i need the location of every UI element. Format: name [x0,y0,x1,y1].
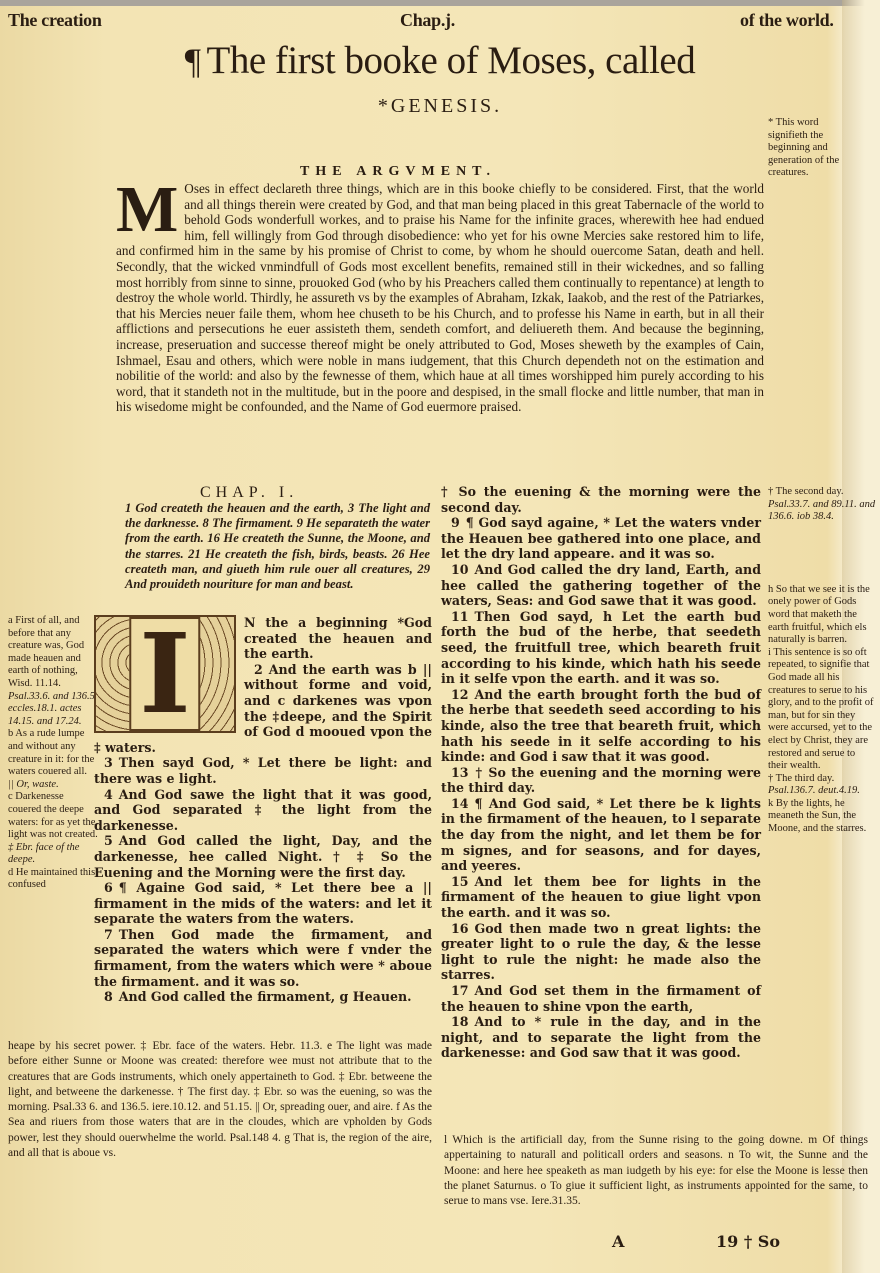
margin-note: a First of all, and before that any crea… [8,615,98,691]
verse: 11Then God sayd, h Let the earth bud for… [441,609,761,687]
verse: 15And let them bee for lights in the fir… [441,874,761,921]
verse-number: 14 [451,796,469,811]
verse: 4And God sawe the light that it was good… [94,787,432,834]
scan-top-border [0,0,880,6]
margin-note: ‡ Ebr. face of the deepe. [8,842,98,867]
running-head-left: The creation [8,10,102,31]
margin-note: Psal.33.7. and 89.11. and 136.6. iob 38.… [768,499,876,524]
chapter-heading: CHAP. I. [200,484,298,502]
verse: 8And God called the firmament, g Heauen. [94,989,432,1005]
margin-note: h So that we see it is the onely power o… [768,584,876,647]
verse-number: 18 [451,1014,469,1029]
margin-note: Psal.33.6. and 136.5. eccles.18.1. actes… [8,691,98,729]
verse: † So the euening & the morning were the … [441,484,761,515]
verse-text: Then God sayd, h Let the earth bud forth… [441,609,761,686]
margin-note: † The second day. [768,486,876,499]
footnotes-left: heape by his secret power. ‡ Ebr. face o… [8,1039,432,1161]
margin-note: i This sentence is so oft repeated, to s… [768,647,876,773]
decorated-initial: I [94,615,236,733]
verse-text: ¶ And God said, * Let there be k lights … [441,796,761,873]
verse-number: 10 [451,562,469,577]
chapter-summary: 1 God createth the heauen and the earth,… [125,501,430,592]
verse: 16God then made two n great lights: the … [441,921,761,983]
signature-mark: A [612,1232,624,1251]
running-head-center: Chap.j. [400,10,455,31]
verse: 5And God called the light, Day, and the … [94,833,432,880]
left-margin-notes: a First of all, and before that any crea… [8,615,98,892]
verse: 12And the earth brought forth the bud of… [441,687,761,765]
verse-number: 8 [104,989,113,1004]
left-text-column: I N the a beginning *God created the hea… [94,615,432,1005]
pilcrow-icon: ¶ [185,41,201,81]
margin-note: Psal.136.7. deut.4.19. [768,785,876,798]
margin-note: c Darkenesse couered the deepe waters: f… [8,791,98,841]
verse-number: 15 [451,874,469,889]
title-margin-note: * This word signifieth the beginning and… [768,117,848,180]
verse-number: 3 [104,755,113,770]
verse-number: 16 [451,921,469,936]
verse: 7Then God made the firmament, and separa… [94,927,432,989]
verse-text: And God called the firmament, g Heauen. [119,989,412,1004]
verse: 3Then sayd God, * Let there be light: an… [94,755,432,786]
verse: 17And God set them in the firmament of t… [441,983,761,1014]
right-margin-notes: † The second day. Psal.33.7. and 89.11. … [768,486,876,836]
margin-note: k By the lights, he meaneth the Sun, the… [768,798,876,836]
right-text-column: † So the euening & the morning were the … [441,484,761,1061]
margin-note: || Or, waste. [8,779,98,792]
verse-number: 7 [104,927,113,942]
margin-note: d He maintained this confused [8,867,98,892]
verse-text: And let them bee for lights in the firma… [441,874,761,920]
verse-number: 4 [104,787,113,802]
catchword: 19 † So [716,1232,780,1251]
argument-body: Oses in effect declareth three things, w… [116,181,764,414]
verse: 10And God called the dry land, Earth, an… [441,562,761,609]
verse-text: And the earth brought forth the bud of t… [441,687,761,764]
verse-text: ¶ God sayd againe, * Let the waters vnde… [441,515,761,561]
drop-cap: M [116,183,178,237]
verse: 13† So the euening and the morning were … [441,765,761,796]
margin-note: b As a rude lumpe and without any creatu… [8,728,98,778]
argument-text: MOses in effect declareth three things, … [116,181,764,415]
verse-number: 13 [451,765,469,780]
verse-text: N the a beginning *God created the heaue… [244,615,432,661]
verse: 14¶ And God said, * Let there be k light… [441,796,761,874]
footnotes-right: l Which is the artificiall day, from the… [444,1133,868,1209]
verse-text: And to * rule in the day, and in the nig… [441,1014,761,1060]
verse: 6¶ Againe God said, * Let there bee a ||… [94,880,432,927]
verse-number: 5 [104,833,113,848]
book-title: ¶The first booke of Moses, called [0,38,880,83]
margin-note: † The third day. [768,773,876,786]
verse-number: 11 [451,609,469,624]
title-line: The first booke of Moses, called [207,39,696,82]
verse-text: And God called the dry land, Earth, and … [441,562,761,608]
verse-number: 17 [451,983,469,998]
verse-text: † So the euening & the morning were the … [441,484,761,515]
verse-text: † So the euening and the morning were th… [441,765,761,796]
verse-text: And God set them in the firmament of the… [441,983,761,1014]
verse-number: 9 [451,515,460,530]
verse-text: Then God made the firmament, and separat… [94,927,432,989]
verse-text: And God called the light, Day, and the d… [94,833,432,879]
verse-text: God then made two n great lights: the gr… [441,921,761,983]
initial-letter: I [129,617,200,731]
verse-number: 6 [104,880,113,895]
running-head-right: of the world. [740,10,834,31]
verse: 9¶ God sayd againe, * Let the waters vnd… [441,515,761,562]
verse-text: ¶ Againe God said, * Let there bee a || … [94,880,432,926]
verse-number: 12 [451,687,469,702]
book-subtitle: *GENESIS. [0,95,880,118]
verse-text: And God sawe the light that it was good,… [94,787,432,833]
verse-text: Then sayd God, * Let there be light: and… [94,755,432,786]
argument-heading: THE ARGVMENT. [300,164,496,180]
verse-number: 2 [254,662,263,677]
verse: 18And to * rule in the day, and in the n… [441,1014,761,1061]
